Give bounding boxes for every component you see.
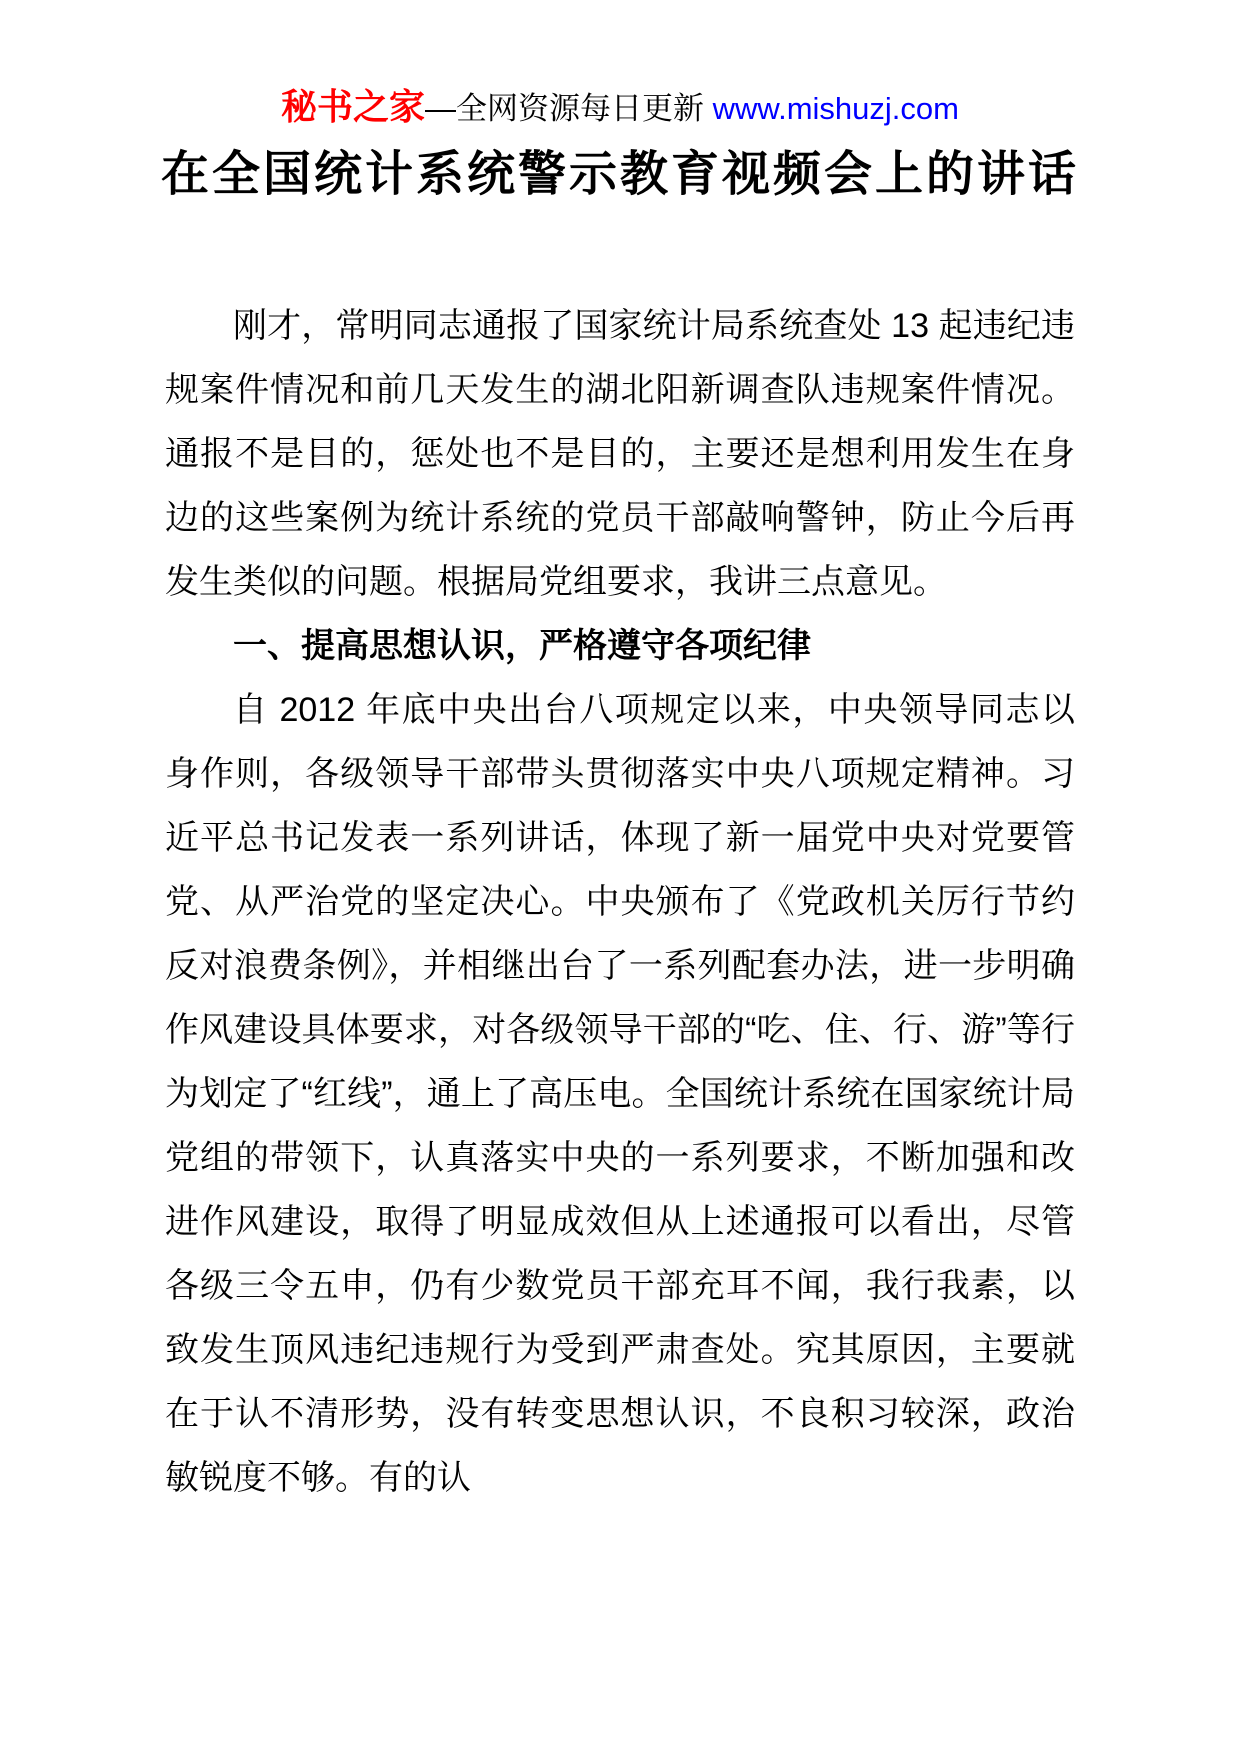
site-url-link[interactable]: www.mishuzj.com [713, 91, 959, 126]
document-body: 刚才，常明同志通报了国家统计局系统查处 13 起违纪违规案件情况和前几天发生的湖… [165, 294, 1075, 1510]
site-brand: 秘书之家 [281, 86, 425, 127]
paragraph-section-1: 自 2012 年底中央出台八项规定以来，中央领导同志以身作则，各级领导干部带头贯… [165, 678, 1075, 1510]
site-tagline: —全网资源每日更新 [425, 91, 713, 126]
paragraph-intro: 刚才，常明同志通报了国家统计局系统查处 13 起违纪违规案件情况和前几天发生的湖… [165, 294, 1075, 614]
site-header: 秘书之家—全网资源每日更新 www.mishuzj.com [0, 0, 1240, 130]
document-title: 在全国统计系统警示教育视频会上的讲话 [80, 144, 1160, 206]
section-heading-1: 一、提高思想认识，严格遵守各项纪律 [165, 614, 1075, 678]
document-page: 秘书之家—全网资源每日更新 www.mishuzj.com 在全国统计系统警示教… [0, 0, 1240, 1754]
